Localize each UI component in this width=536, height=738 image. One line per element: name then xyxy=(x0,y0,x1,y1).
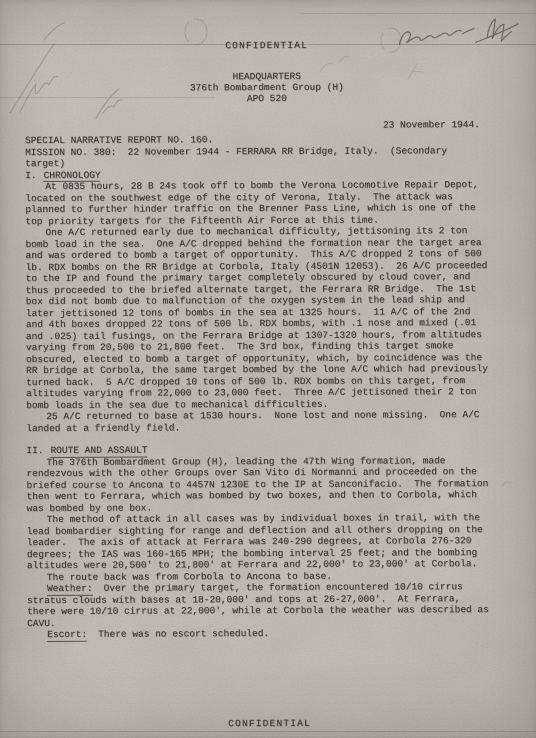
paragraph-method-of-attack: The method of attack in all cases was by… xyxy=(27,512,489,572)
report-body: SPECIAL NARRATIVE REPORT NO. 160. MISSIO… xyxy=(25,133,489,641)
typed-document-content: CONFIDENTIAL HEADQUARTERS 376th Bombardm… xyxy=(0,0,536,738)
classification-banner-top: CONFIDENTIAL xyxy=(0,39,535,52)
escort-paragraph: Escort:There was no escort scheduled. xyxy=(27,627,489,641)
paragraph-rendezvous: The 376th Bombardment Group (H), leading… xyxy=(26,455,488,515)
section-number: I. xyxy=(25,170,36,181)
escort-text: There was no escort scheduled. xyxy=(98,628,269,640)
weather-label: Weather: xyxy=(47,583,93,596)
document-date: 23 November 1944. xyxy=(383,119,480,130)
escort-label: Escort: xyxy=(47,629,87,642)
paragraph-takeoff: At 0835 hours, 28 B 24s took off to bomb… xyxy=(25,179,487,227)
letterhead-apo: APO 520 xyxy=(0,92,535,105)
paragraph-return: 25 A/C returned to base at 1530 hours. N… xyxy=(26,409,488,434)
mission-line: MISSION NO. 380: 22 November 1944 - FERR… xyxy=(25,145,487,170)
weather-paragraph: Weather:Over the primary target, the for… xyxy=(27,581,489,629)
weather-text: Over the primary target, the formation e… xyxy=(27,581,495,628)
paragraph-attack-detail: One A/C returned early due to mechanical… xyxy=(25,225,488,411)
section-number: II. xyxy=(26,445,43,456)
letterhead: HEADQUARTERS 376th Bombardment Group (H)… xyxy=(0,70,535,105)
section-title: ROUTE AND ASSAULT xyxy=(50,445,147,458)
classification-banner-bottom: CONFIDENTIAL xyxy=(2,717,536,730)
scanned-report-page: CONFIDENTIAL HEADQUARTERS 376th Bombardm… xyxy=(0,0,536,738)
